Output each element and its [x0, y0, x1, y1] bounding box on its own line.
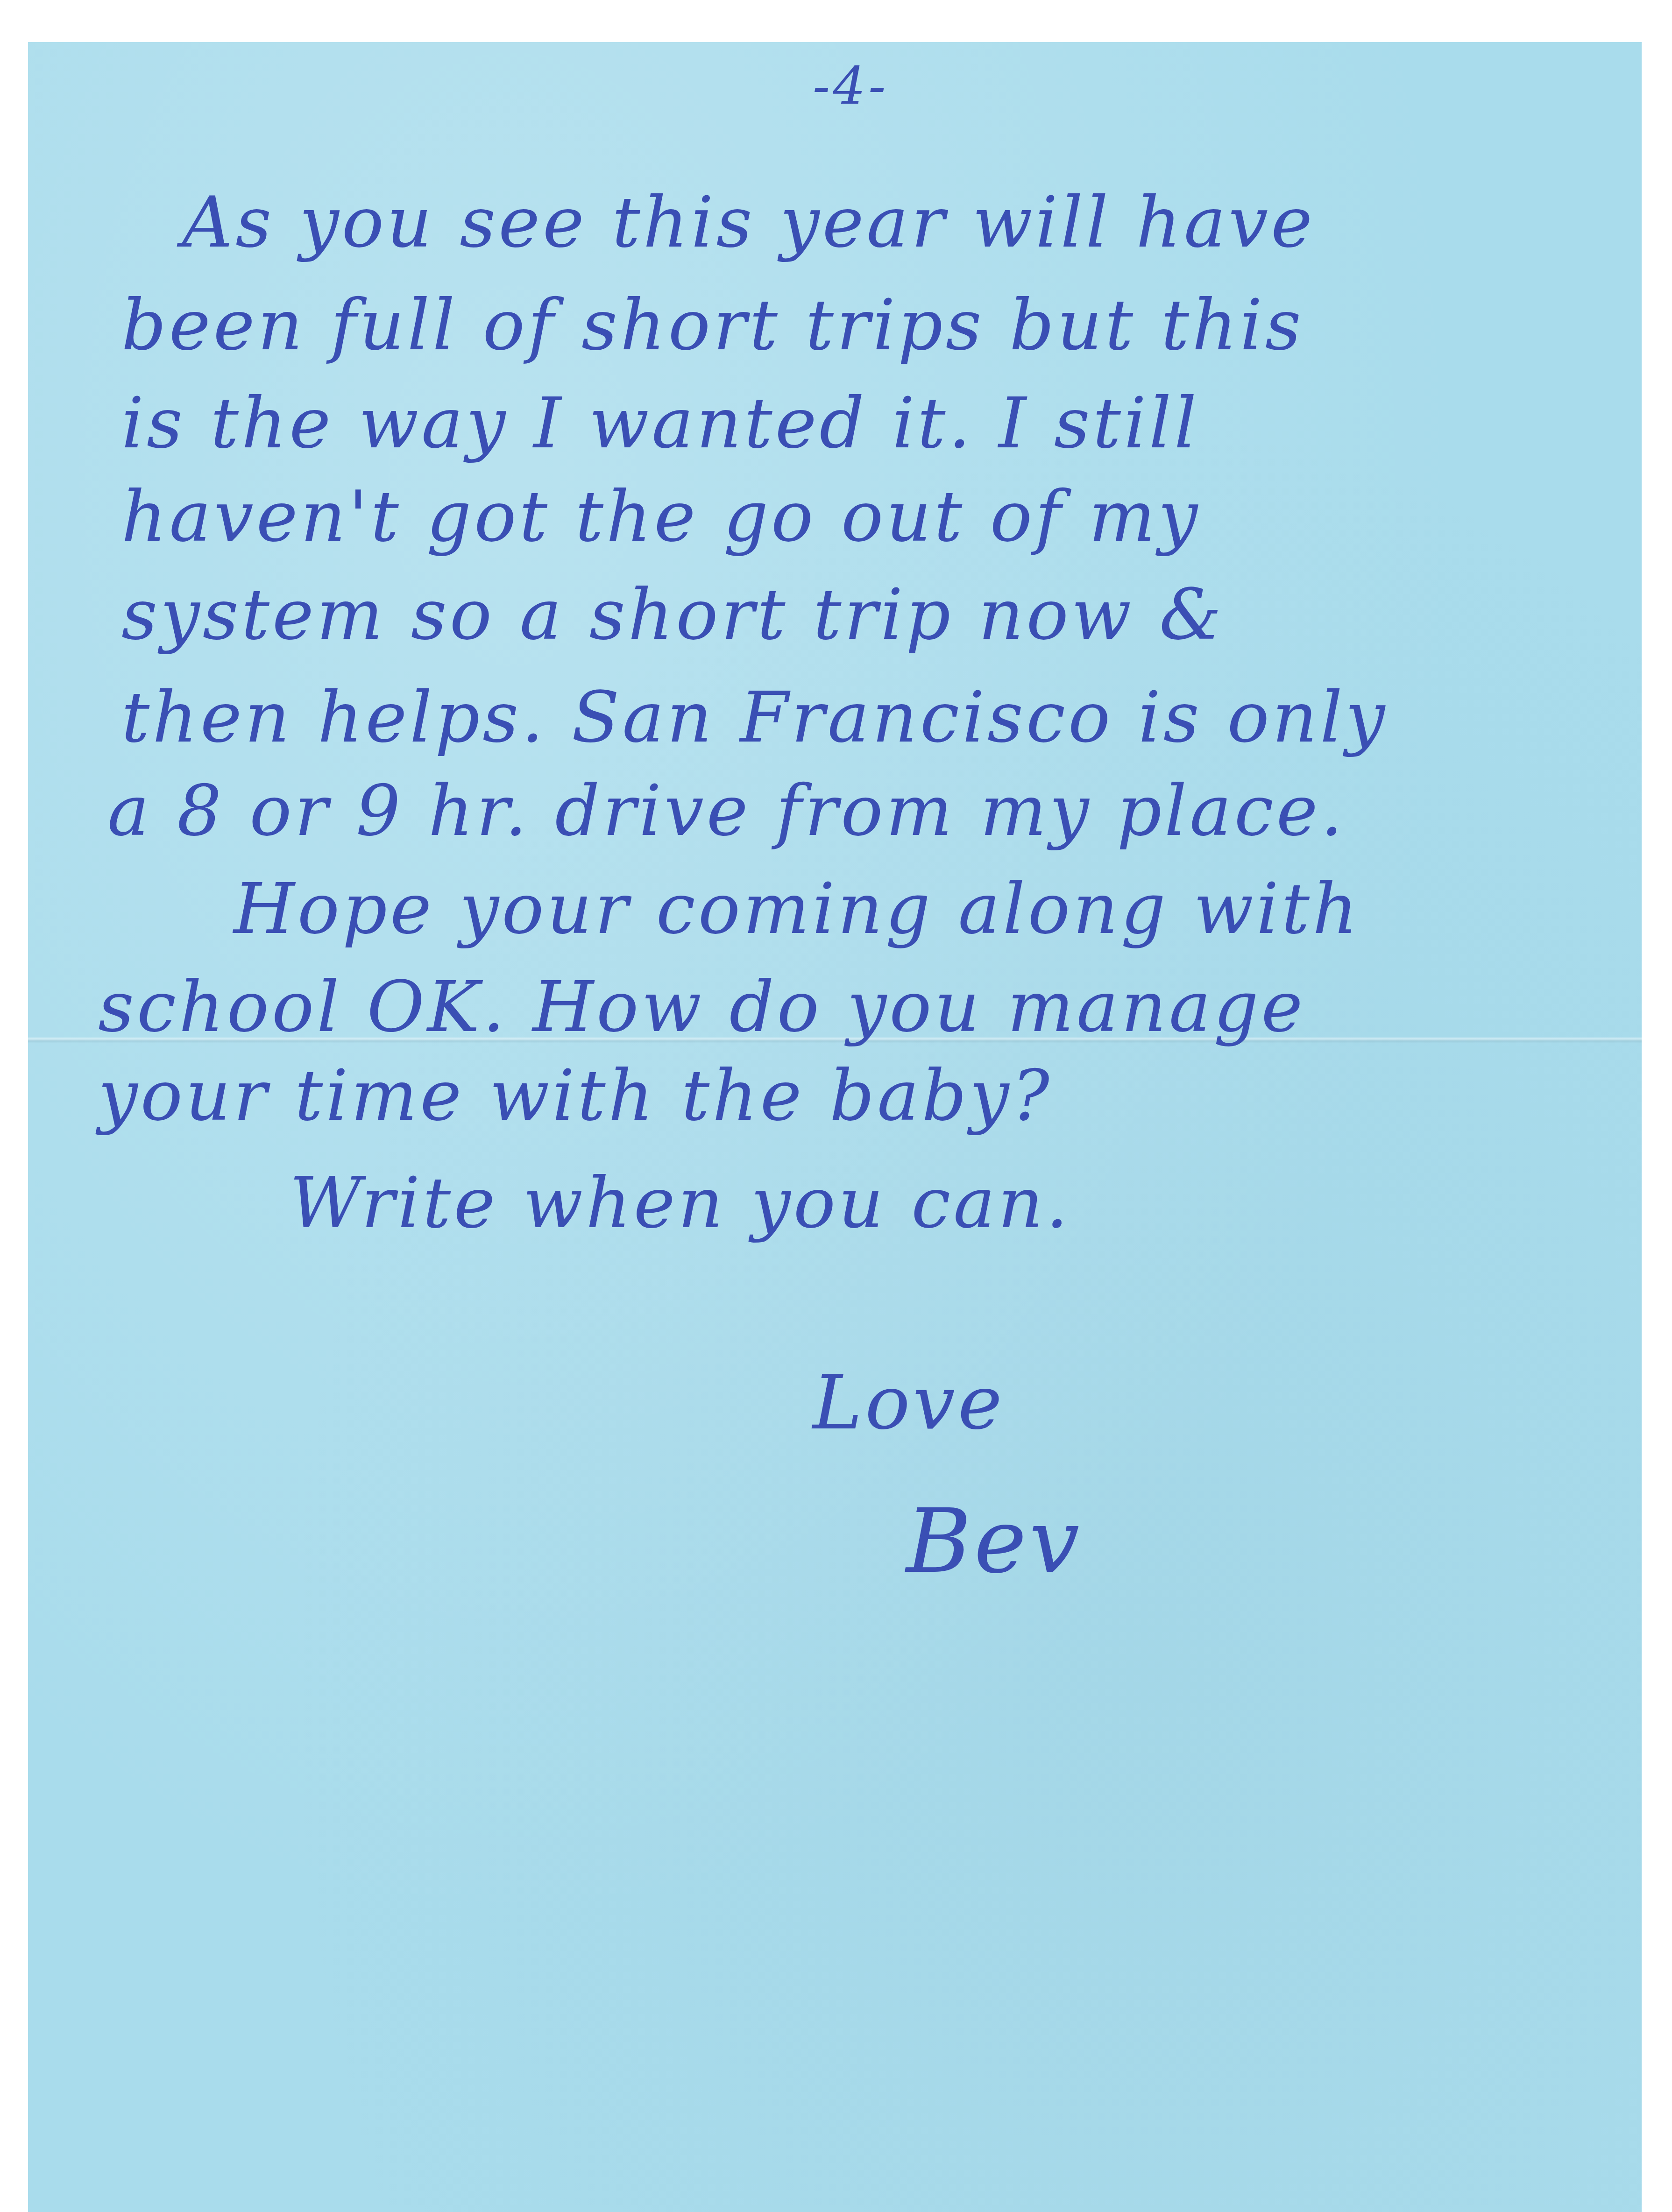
letter-line-6: then helps. San Francisco is only: [121, 677, 1388, 758]
letter-line-11: Write when you can.: [290, 1163, 1071, 1244]
letter-page: -4- As you see this year will have been …: [28, 42, 1642, 2212]
letter-line-8: Hope your coming along with: [234, 869, 1360, 950]
letter-line-9: school OK. How do you manage: [98, 967, 1305, 1048]
letter-line-1: As you see this year will have: [182, 182, 1315, 263]
page-number: -4-: [813, 56, 888, 116]
letter-line-4: haven't got the go out of my: [121, 476, 1200, 558]
letter-line-2: been full of short trips but this: [121, 285, 1304, 366]
letter-line-5: system so a short trip now &: [121, 574, 1224, 656]
letter-signature: Bev: [906, 1490, 1082, 1593]
letter-line-7: a 8 or 9 hr. drive from my place.: [107, 770, 1346, 852]
letter-line-3: is the way I wanted it. I still: [121, 383, 1199, 464]
letter-closing: Love: [813, 1359, 1005, 1446]
letter-line-10: your time with the baby?: [98, 1055, 1052, 1137]
